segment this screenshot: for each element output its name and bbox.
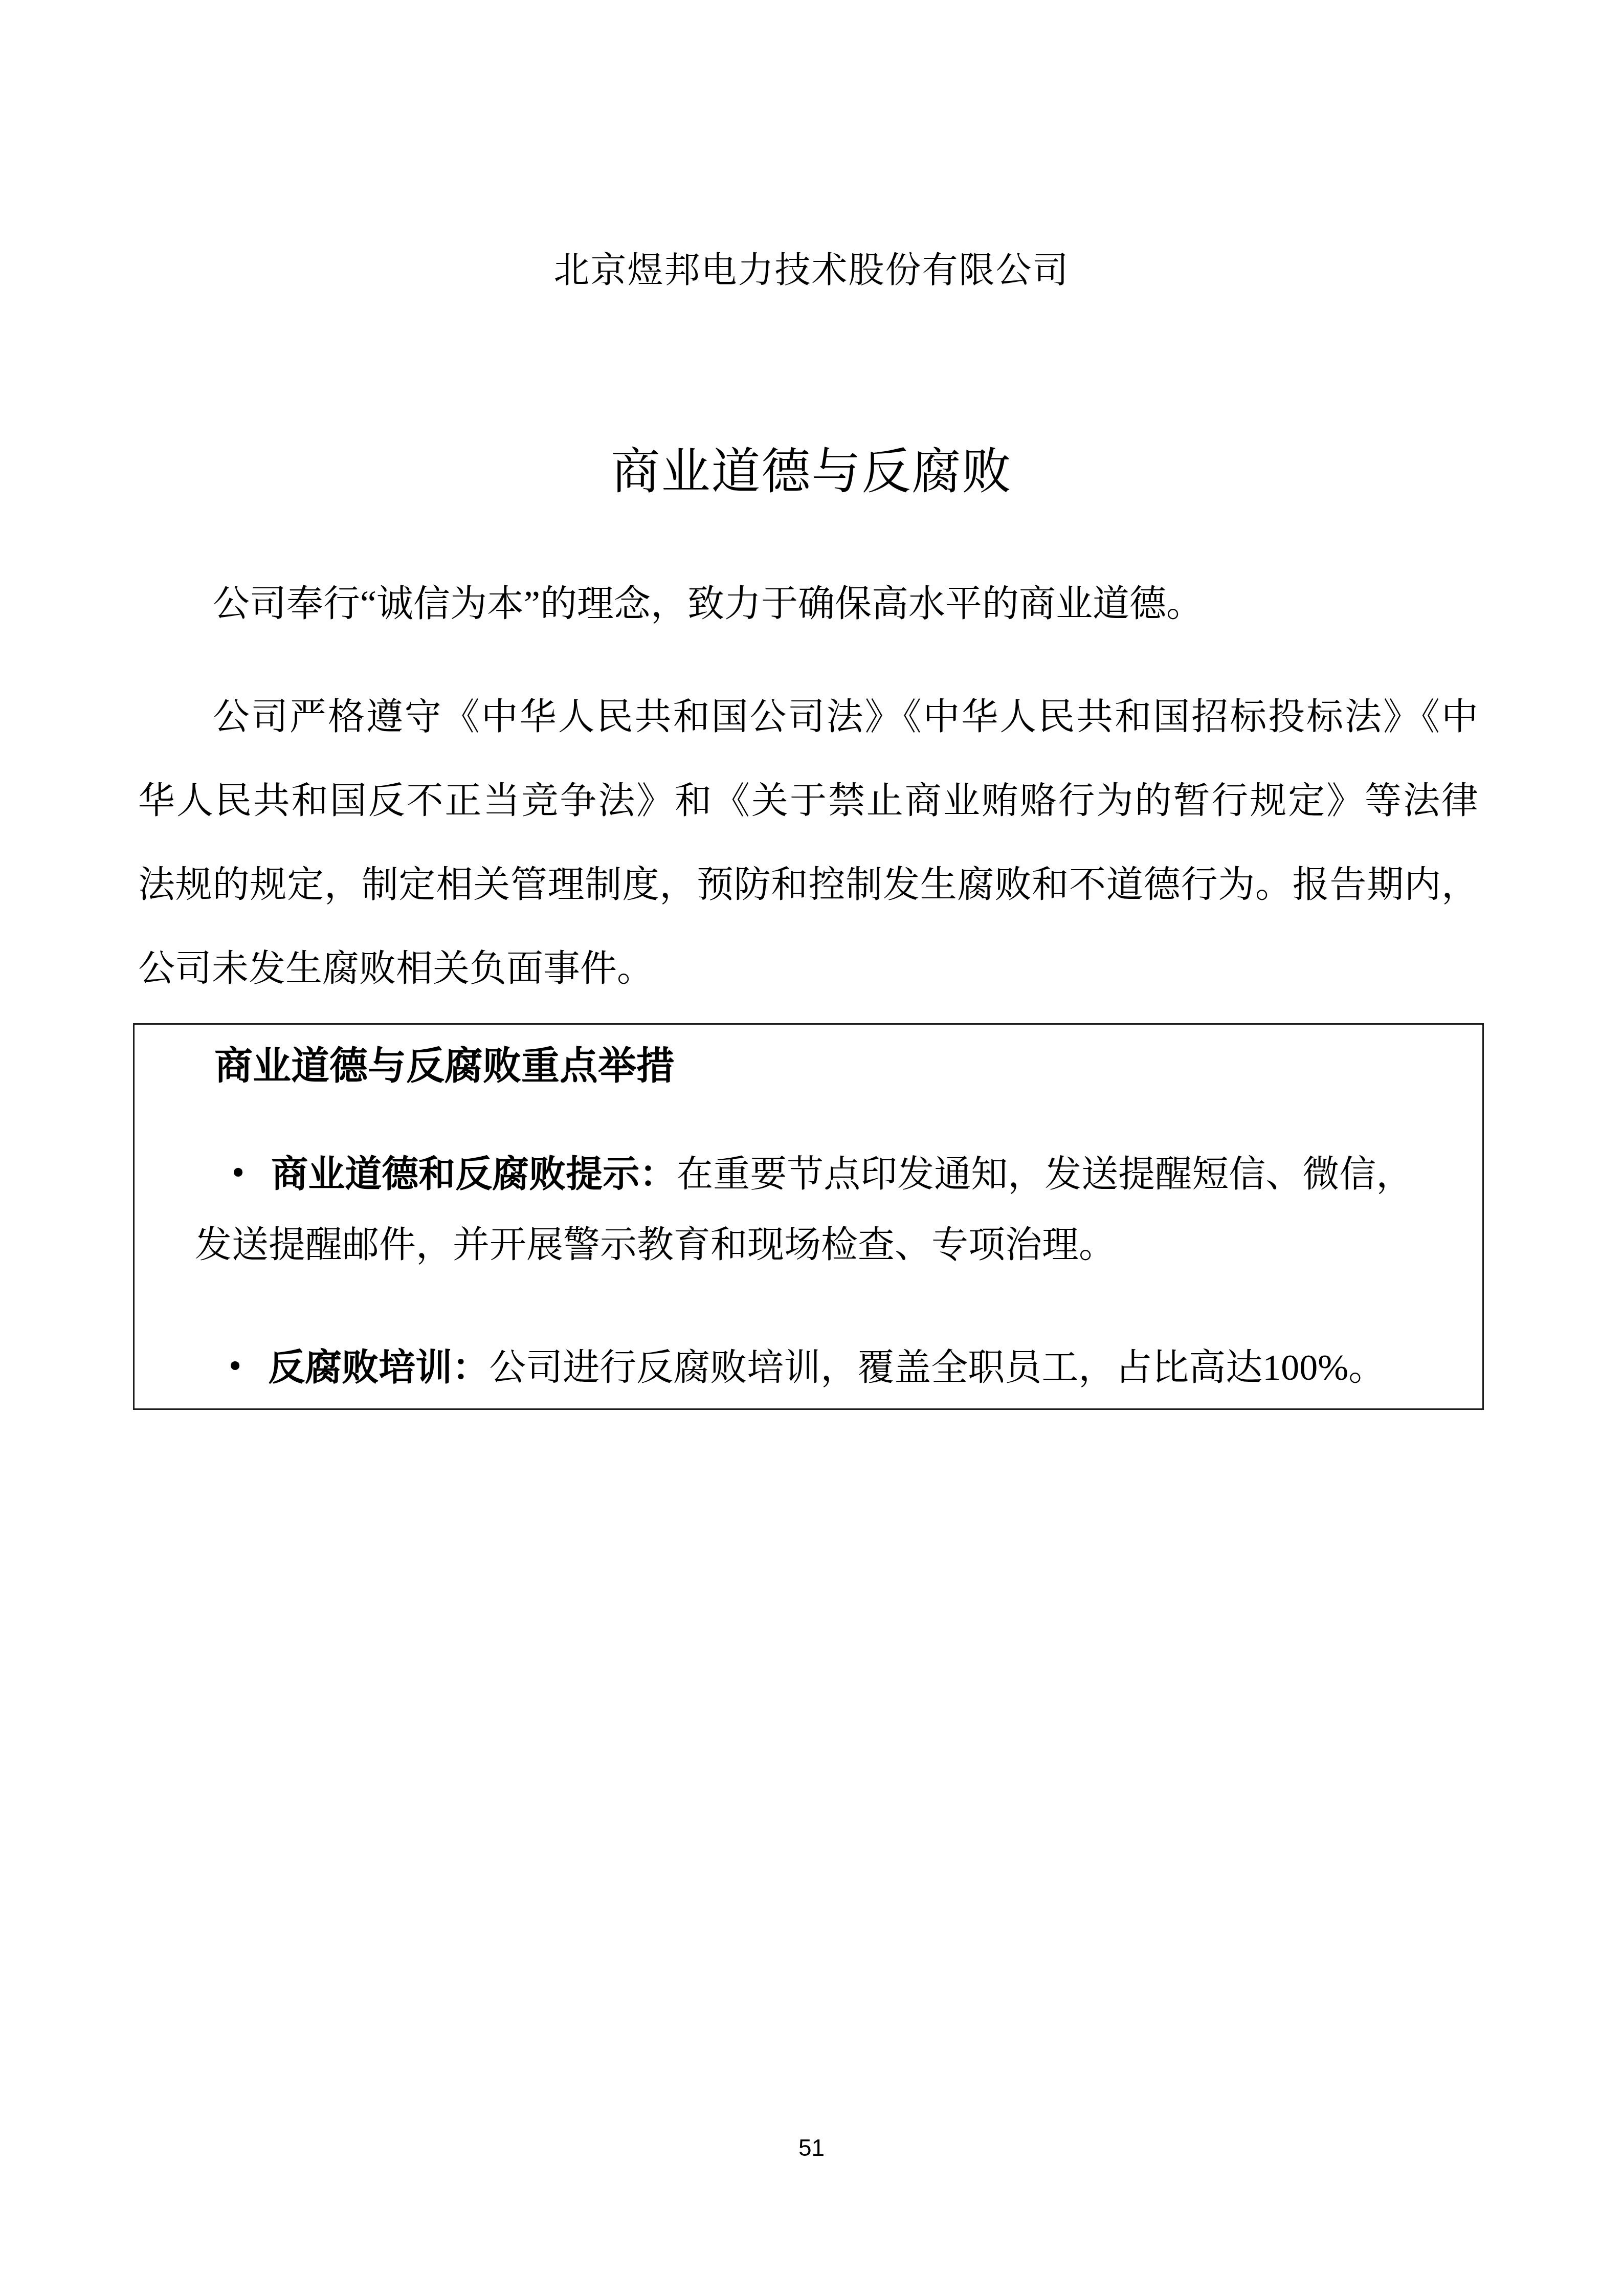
bullet-item-2: •反腐败培训：公司进行反腐败培训，覆盖全职员工，占比高达100%。 bbox=[229, 1347, 1385, 1388]
bullet-1-text-line-1: 在重要节点印发通知，发送提醒短信、微信， bbox=[676, 1154, 1413, 1195]
page-title: 商业道德与反腐败 bbox=[0, 444, 1623, 499]
bullet-2-label: 反腐败培训： bbox=[268, 1347, 489, 1388]
bullet-item-1: •商业道德和反腐败提示：在重要节点印发通知，发送提醒短信、微信， bbox=[232, 1154, 1413, 1195]
paragraph-2-line-4: 公司未发生腐败相关负面事件。 bbox=[138, 926, 1478, 1010]
highlight-box-heading: 商业道德与反腐败重点举措 bbox=[214, 1046, 675, 1087]
bullet-1-text-line-2: 发送提醒邮件，并开展警示教育和现场检查、专项治理。 bbox=[195, 1224, 1116, 1265]
paragraph-2: 公司严格遵守《中华人民共和国公司法》《中华人民共和国招标投标法》《中 华人民共和… bbox=[138, 675, 1478, 1010]
document-page: 北京煜邦电力技术股份有限公司 商业道德与反腐败 公司奉行“诚信为本”的理念，致力… bbox=[0, 0, 1623, 2296]
bullet-dot-icon: • bbox=[232, 1152, 244, 1193]
highlight-box: 商业道德与反腐败重点举措 •商业道德和反腐败提示：在重要节点印发通知，发送提醒短… bbox=[133, 1023, 1484, 1410]
paragraph-1: 公司奉行“诚信为本”的理念，致力于确保高水平的商业道德。 bbox=[138, 583, 1550, 624]
paragraph-2-line-3: 法规的规定，制定相关管理制度，预防和控制发生腐败和不道德行为。报告期内， bbox=[138, 843, 1478, 926]
company-name-header: 北京煜邦电力技术股份有限公司 bbox=[0, 251, 1623, 292]
bullet-item-1-continuation: 发送提醒邮件，并开展警示教育和现场检查、专项治理。 bbox=[195, 1224, 1116, 1265]
page-number: 51 bbox=[0, 2134, 1623, 2161]
bullet-1-label: 商业道德和反腐败提示： bbox=[271, 1154, 676, 1195]
paragraph-2-line-1: 公司严格遵守《中华人民共和国公司法》《中华人民共和国招标投标法》《中 bbox=[138, 675, 1478, 759]
bullet-dot-icon: • bbox=[229, 1345, 241, 1386]
bullet-2-text-line-1: 公司进行反腐败培训，覆盖全职员工，占比高达100%。 bbox=[489, 1347, 1385, 1388]
paragraph-2-line-2: 华人民共和国反不正当竞争法》和《关于禁止商业贿赂行为的暂行规定》等法律 bbox=[138, 759, 1478, 843]
